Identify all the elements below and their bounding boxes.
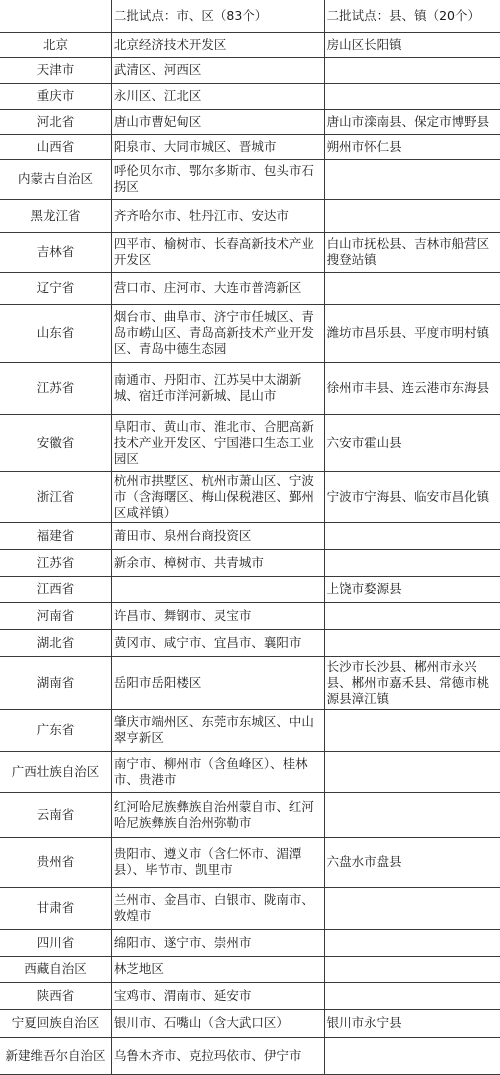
table-row: 江苏省新余市、樟树市、共青城市 bbox=[0, 549, 500, 576]
table-row: 河南省许昌市、舞钢市、灵宝市 bbox=[0, 602, 500, 629]
counties-cell bbox=[324, 159, 500, 199]
table-row: 贵州省贵阳市、遵义市（含仁怀市、湄潭县）、毕节市、凯里市六盘水市盘县 bbox=[0, 837, 500, 887]
counties-cell bbox=[324, 956, 500, 982]
region-cell: 四川省 bbox=[0, 929, 111, 956]
pilot-zones-table: 二批试点：市、区（83个） 二批试点：县、镇（20个） 北京北京经济技术开发区房… bbox=[0, 0, 500, 1075]
header-region bbox=[0, 0, 111, 32]
counties-cell: 房山区长阳镇 bbox=[324, 32, 500, 57]
counties-cell bbox=[324, 549, 500, 576]
region-cell: 湖北省 bbox=[0, 629, 111, 656]
table-row: 浙江省杭州市拱墅区、杭州市萧山区、宁波市（含海曙区、梅山保税港区、鄞州区咸祥镇）… bbox=[0, 471, 500, 522]
region-cell: 浙江省 bbox=[0, 471, 111, 522]
counties-cell: 潍坊市昌乐县、平度市明村镇 bbox=[324, 304, 500, 362]
table-row: 北京北京经济技术开发区房山区长阳镇 bbox=[0, 32, 500, 57]
region-cell: 内蒙古自治区 bbox=[0, 159, 111, 199]
counties-cell: 银川市永宁县 bbox=[324, 1009, 500, 1037]
header-row: 二批试点：市、区（83个） 二批试点：县、镇（20个） bbox=[0, 0, 500, 32]
cities-cell: 兰州市、金昌市、白银市、陇南市、敦煌市 bbox=[111, 887, 324, 929]
region-cell: 吉林省 bbox=[0, 232, 111, 272]
cities-cell: 乌鲁木齐市、克拉玛依市、伊宁市 bbox=[111, 1037, 324, 1074]
cities-cell: 黄冈市、咸宁市、宜昌市、襄阳市 bbox=[111, 629, 324, 656]
table-row: 山西省阳泉市、大同市城区、晋城市朔州市怀仁县 bbox=[0, 134, 500, 159]
region-cell: 北京 bbox=[0, 32, 111, 57]
cities-cell bbox=[111, 576, 324, 602]
cities-cell: 岳阳市岳阳楼区 bbox=[111, 656, 324, 709]
header-counties-towns: 二批试点：县、镇（20个） bbox=[324, 0, 500, 32]
region-cell: 宁夏回族自治区 bbox=[0, 1009, 111, 1037]
region-cell: 辽宁省 bbox=[0, 272, 111, 304]
region-cell: 重庆市 bbox=[0, 83, 111, 109]
table-row: 西藏自治区林芝地区 bbox=[0, 956, 500, 982]
table-row: 广东省肇庆市端州区、东莞市东城区、中山翠亨新区 bbox=[0, 709, 500, 751]
counties-cell bbox=[324, 522, 500, 549]
cities-cell: 永川区、江北区 bbox=[111, 83, 324, 109]
cities-cell: 银川市、石嘴山（含大武口区） bbox=[111, 1009, 324, 1037]
table-row: 福建省莆田市、泉州台商投资区 bbox=[0, 522, 500, 549]
region-cell: 福建省 bbox=[0, 522, 111, 549]
cities-cell: 杭州市拱墅区、杭州市萧山区、宁波市（含海曙区、梅山保税港区、鄞州区咸祥镇） bbox=[111, 471, 324, 522]
cities-cell: 南宁市、柳州市（含鱼峰区）、桂林市、贵港市 bbox=[111, 751, 324, 792]
region-cell: 安徽省 bbox=[0, 414, 111, 471]
counties-cell bbox=[324, 792, 500, 837]
counties-cell bbox=[324, 57, 500, 83]
counties-cell bbox=[324, 709, 500, 751]
cities-cell: 北京经济技术开发区 bbox=[111, 32, 324, 57]
table-row: 陕西省宝鸡市、渭南市、延安市 bbox=[0, 982, 500, 1009]
counties-cell bbox=[324, 602, 500, 629]
cities-cell: 唐山市曹妃甸区 bbox=[111, 109, 324, 134]
region-cell: 贵州省 bbox=[0, 837, 111, 887]
counties-cell bbox=[324, 629, 500, 656]
table-row: 河北省唐山市曹妃甸区唐山市滦南县、保定市博野县 bbox=[0, 109, 500, 134]
region-cell: 新建维吾尔自治区 bbox=[0, 1037, 111, 1074]
counties-cell bbox=[324, 1037, 500, 1074]
counties-cell: 宁波市宁海县、临安市昌化镇 bbox=[324, 471, 500, 522]
table-row: 吉林省四平市、榆树市、长春高新技术产业开发区白山市抚松县、吉林市船营区搜登站镇 bbox=[0, 232, 500, 272]
region-cell: 江苏省 bbox=[0, 549, 111, 576]
counties-cell: 六盘水市盘县 bbox=[324, 837, 500, 887]
counties-cell: 徐州市丰县、连云港市东海县 bbox=[324, 362, 500, 414]
table-row: 江西省上饶市婺源县 bbox=[0, 576, 500, 602]
cities-cell: 红河哈尼族彝族自治州蒙自市、红河哈尼族彝族自治州弥勒市 bbox=[111, 792, 324, 837]
region-cell: 江苏省 bbox=[0, 362, 111, 414]
cities-cell: 绵阳市、遂宁市、崇州市 bbox=[111, 929, 324, 956]
cities-cell: 肇庆市端州区、东莞市东城区、中山翠亨新区 bbox=[111, 709, 324, 751]
table-row: 广西壮族自治区南宁市、柳州市（含鱼峰区）、桂林市、贵港市 bbox=[0, 751, 500, 792]
cities-cell: 莆田市、泉州台商投资区 bbox=[111, 522, 324, 549]
region-cell: 江西省 bbox=[0, 576, 111, 602]
table-row: 重庆市永川区、江北区 bbox=[0, 83, 500, 109]
table-row: 新建维吾尔自治区乌鲁木齐市、克拉玛依市、伊宁市 bbox=[0, 1037, 500, 1074]
region-cell: 黑龙江省 bbox=[0, 199, 111, 232]
counties-cell bbox=[324, 272, 500, 304]
table-row: 湖南省岳阳市岳阳楼区长沙市长沙县、郴州市永兴县、郴州市嘉禾县、常德市桃源县漳江镇 bbox=[0, 656, 500, 709]
table-row: 辽宁省营口市、庄河市、大连市普湾新区 bbox=[0, 272, 500, 304]
table-row: 天津市武清区、河西区 bbox=[0, 57, 500, 83]
region-cell: 陕西省 bbox=[0, 982, 111, 1009]
table-row: 云南省红河哈尼族彝族自治州蒙自市、红河哈尼族彝族自治州弥勒市 bbox=[0, 792, 500, 837]
cities-cell: 许昌市、舞钢市、灵宝市 bbox=[111, 602, 324, 629]
cities-cell: 林芝地区 bbox=[111, 956, 324, 982]
table-row: 山东省烟台市、曲阜市、济宁市任城区、青岛市崂山区、青岛高新技术产业开发区、青岛中… bbox=[0, 304, 500, 362]
cities-cell: 烟台市、曲阜市、济宁市任城区、青岛市崂山区、青岛高新技术产业开发区、青岛中德生态… bbox=[111, 304, 324, 362]
counties-cell bbox=[324, 199, 500, 232]
table-row: 安徽省阜阳市、黄山市、淮北市、合肥高新技术产业开发区、宁国港口生态工业园区六安市… bbox=[0, 414, 500, 471]
counties-cell bbox=[324, 887, 500, 929]
counties-cell: 长沙市长沙县、郴州市永兴县、郴州市嘉禾县、常德市桃源县漳江镇 bbox=[324, 656, 500, 709]
table-row: 甘肃省兰州市、金昌市、白银市、陇南市、敦煌市 bbox=[0, 887, 500, 929]
cities-cell: 新余市、樟树市、共青城市 bbox=[111, 549, 324, 576]
table-row: 黑龙江省齐齐哈尔市、牡丹江市、安达市 bbox=[0, 199, 500, 232]
table-row: 宁夏回族自治区银川市、石嘴山（含大武口区）银川市永宁县 bbox=[0, 1009, 500, 1037]
region-cell: 天津市 bbox=[0, 57, 111, 83]
cities-cell: 四平市、榆树市、长春高新技术产业开发区 bbox=[111, 232, 324, 272]
region-cell: 湖南省 bbox=[0, 656, 111, 709]
table-row: 湖北省黄冈市、咸宁市、宜昌市、襄阳市 bbox=[0, 629, 500, 656]
cities-cell: 贵阳市、遵义市（含仁怀市、湄潭县）、毕节市、凯里市 bbox=[111, 837, 324, 887]
table-row: 江苏省南通市、丹阳市、江苏吴中太湖新城、宿迁市洋河新城、昆山市徐州市丰县、连云港… bbox=[0, 362, 500, 414]
region-cell: 云南省 bbox=[0, 792, 111, 837]
counties-cell bbox=[324, 929, 500, 956]
cities-cell: 呼伦贝尔市、鄂尔多斯市、包头市石拐区 bbox=[111, 159, 324, 199]
table-row: 四川省绵阳市、遂宁市、崇州市 bbox=[0, 929, 500, 956]
region-cell: 甘肃省 bbox=[0, 887, 111, 929]
cities-cell: 宝鸡市、渭南市、延安市 bbox=[111, 982, 324, 1009]
region-cell: 山西省 bbox=[0, 134, 111, 159]
counties-cell: 上饶市婺源县 bbox=[324, 576, 500, 602]
region-cell: 西藏自治区 bbox=[0, 956, 111, 982]
header-cities-districts: 二批试点：市、区（83个） bbox=[111, 0, 324, 32]
region-cell: 河北省 bbox=[0, 109, 111, 134]
cities-cell: 阳泉市、大同市城区、晋城市 bbox=[111, 134, 324, 159]
cities-cell: 营口市、庄河市、大连市普湾新区 bbox=[111, 272, 324, 304]
counties-cell bbox=[324, 982, 500, 1009]
region-cell: 广东省 bbox=[0, 709, 111, 751]
counties-cell: 朔州市怀仁县 bbox=[324, 134, 500, 159]
cities-cell: 武清区、河西区 bbox=[111, 57, 324, 83]
counties-cell: 六安市霍山县 bbox=[324, 414, 500, 471]
cities-cell: 阜阳市、黄山市、淮北市、合肥高新技术产业开发区、宁国港口生态工业园区 bbox=[111, 414, 324, 471]
cities-cell: 齐齐哈尔市、牡丹江市、安达市 bbox=[111, 199, 324, 232]
region-cell: 山东省 bbox=[0, 304, 111, 362]
region-cell: 广西壮族自治区 bbox=[0, 751, 111, 792]
table-row: 内蒙古自治区呼伦贝尔市、鄂尔多斯市、包头市石拐区 bbox=[0, 159, 500, 199]
cities-cell: 南通市、丹阳市、江苏吴中太湖新城、宿迁市洋河新城、昆山市 bbox=[111, 362, 324, 414]
counties-cell: 唐山市滦南县、保定市博野县 bbox=[324, 109, 500, 134]
counties-cell bbox=[324, 83, 500, 109]
region-cell: 河南省 bbox=[0, 602, 111, 629]
counties-cell bbox=[324, 751, 500, 792]
counties-cell: 白山市抚松县、吉林市船营区搜登站镇 bbox=[324, 232, 500, 272]
